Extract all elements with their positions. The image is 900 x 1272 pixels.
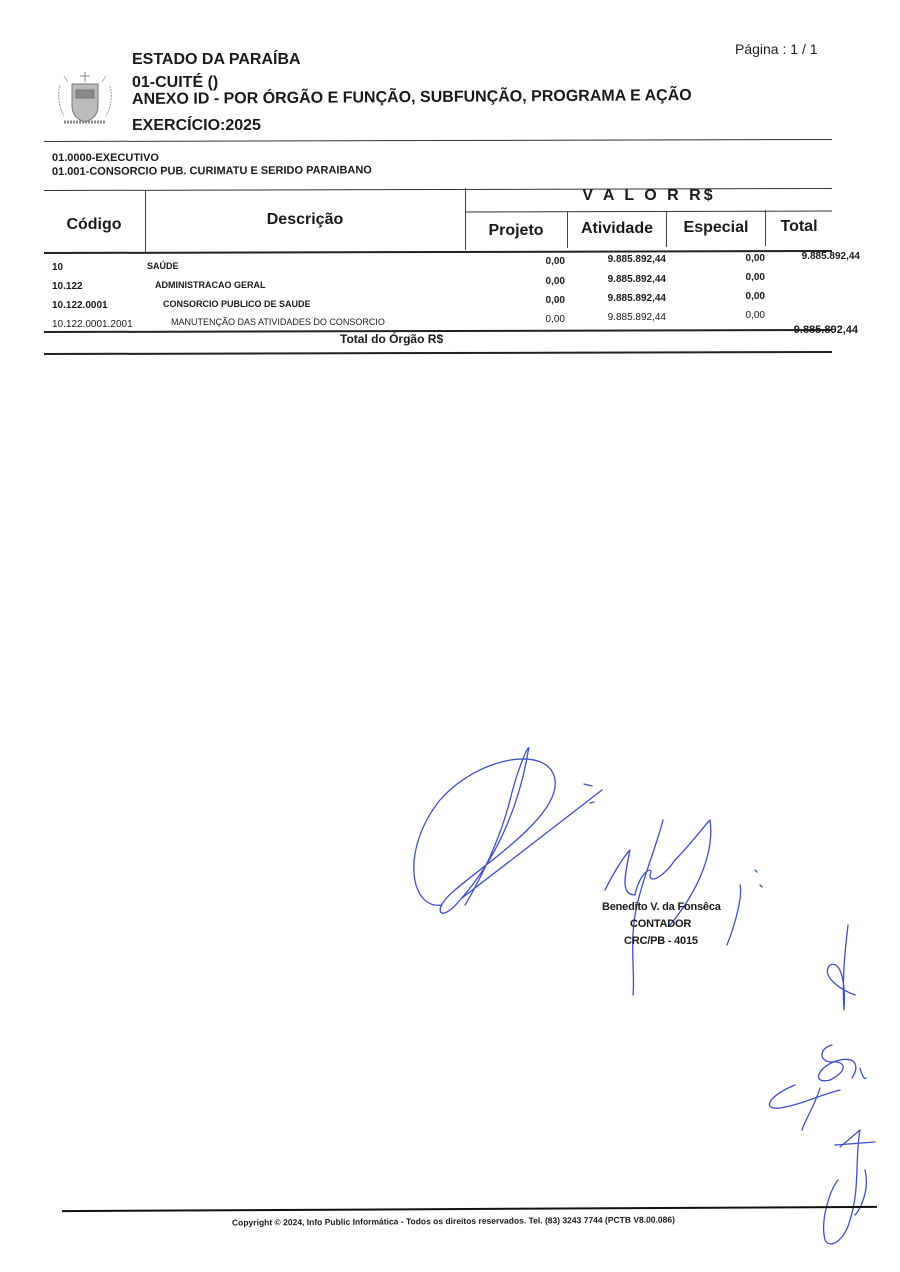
column-header-value-group: V A L O R R$ [466, 187, 832, 205]
row-special: 0,00 [680, 310, 765, 321]
row-special: 0,00 [680, 253, 765, 264]
row-activity: 9.885.892,44 [570, 312, 666, 323]
exercise-title: EXERCÍCIO:2025 [132, 116, 261, 136]
column-header-description: Descrição [146, 211, 464, 229]
value-group-rule [466, 211, 832, 213]
accountant-registry: CRC/PB - 4015 [624, 935, 698, 947]
column-header-total: Total [766, 218, 832, 236]
state-title: ESTADO DA PARAÍBA [132, 50, 301, 70]
signature-1 [400, 740, 620, 940]
row-special: 0,00 [680, 272, 765, 283]
row-code: 10 [52, 262, 63, 273]
row-project: 0,00 [480, 295, 565, 306]
initials-signatures [760, 920, 890, 1260]
total-label: Total do Órgão R$ [340, 332, 443, 346]
coat-of-arms-icon [50, 66, 120, 130]
row-activity: 9.885.892,44 [570, 274, 666, 285]
header-divider [44, 139, 832, 142]
row-description: MANUTENÇÃO DAS ATIVIDADES DO CONSORCIO [171, 317, 385, 327]
accountant-role: CONTADOR [630, 918, 691, 930]
column-header-special: Especial [667, 219, 765, 237]
row-project: 0,00 [480, 256, 565, 267]
row-activity: 9.885.892,44 [570, 254, 666, 265]
unit-label: 01.001-CONSORCIO PUB. CURIMATU E SERIDO … [52, 164, 372, 178]
accountant-suffix [752, 901, 754, 911]
total-value: 9.885.892,44 [760, 324, 858, 336]
column-header-code: Código [44, 216, 144, 234]
row-special: 0,00 [680, 291, 765, 302]
row-total: 9.885.892,44 [770, 251, 860, 262]
column-header-activity: Atividade [568, 220, 666, 238]
organ-label: 01.0000-EXECUTIVO [52, 152, 159, 164]
row-code: 10.122.0001.2001 [52, 319, 133, 330]
total-bottom-rule [44, 351, 832, 355]
row-code: 10.122 [52, 281, 83, 292]
footer-rule [62, 1206, 877, 1212]
row-project: 0,00 [480, 276, 565, 287]
row-activity: 9.885.892,44 [570, 293, 666, 304]
row-description: CONSORCIO PUBLICO DE SAUDE [163, 299, 311, 309]
column-header-project: Projeto [466, 222, 566, 240]
row-description: SAÚDE [147, 261, 179, 271]
row-project: 0,00 [480, 314, 565, 325]
page-number: Página : 1 / 1 [735, 41, 818, 57]
row-description: ADMINISTRACAO GERAL [155, 280, 266, 290]
row-code: 10.122.0001 [52, 300, 108, 311]
accountant-name: Benedito V. da Fonsêca [602, 901, 721, 913]
report-title: ANEXO ID - POR ÓRGÃO E FUNÇÃO, SUBFUNÇÃO… [132, 86, 692, 110]
footer-copyright: Copyright © 2024, Info Public Informátic… [232, 1214, 675, 1227]
